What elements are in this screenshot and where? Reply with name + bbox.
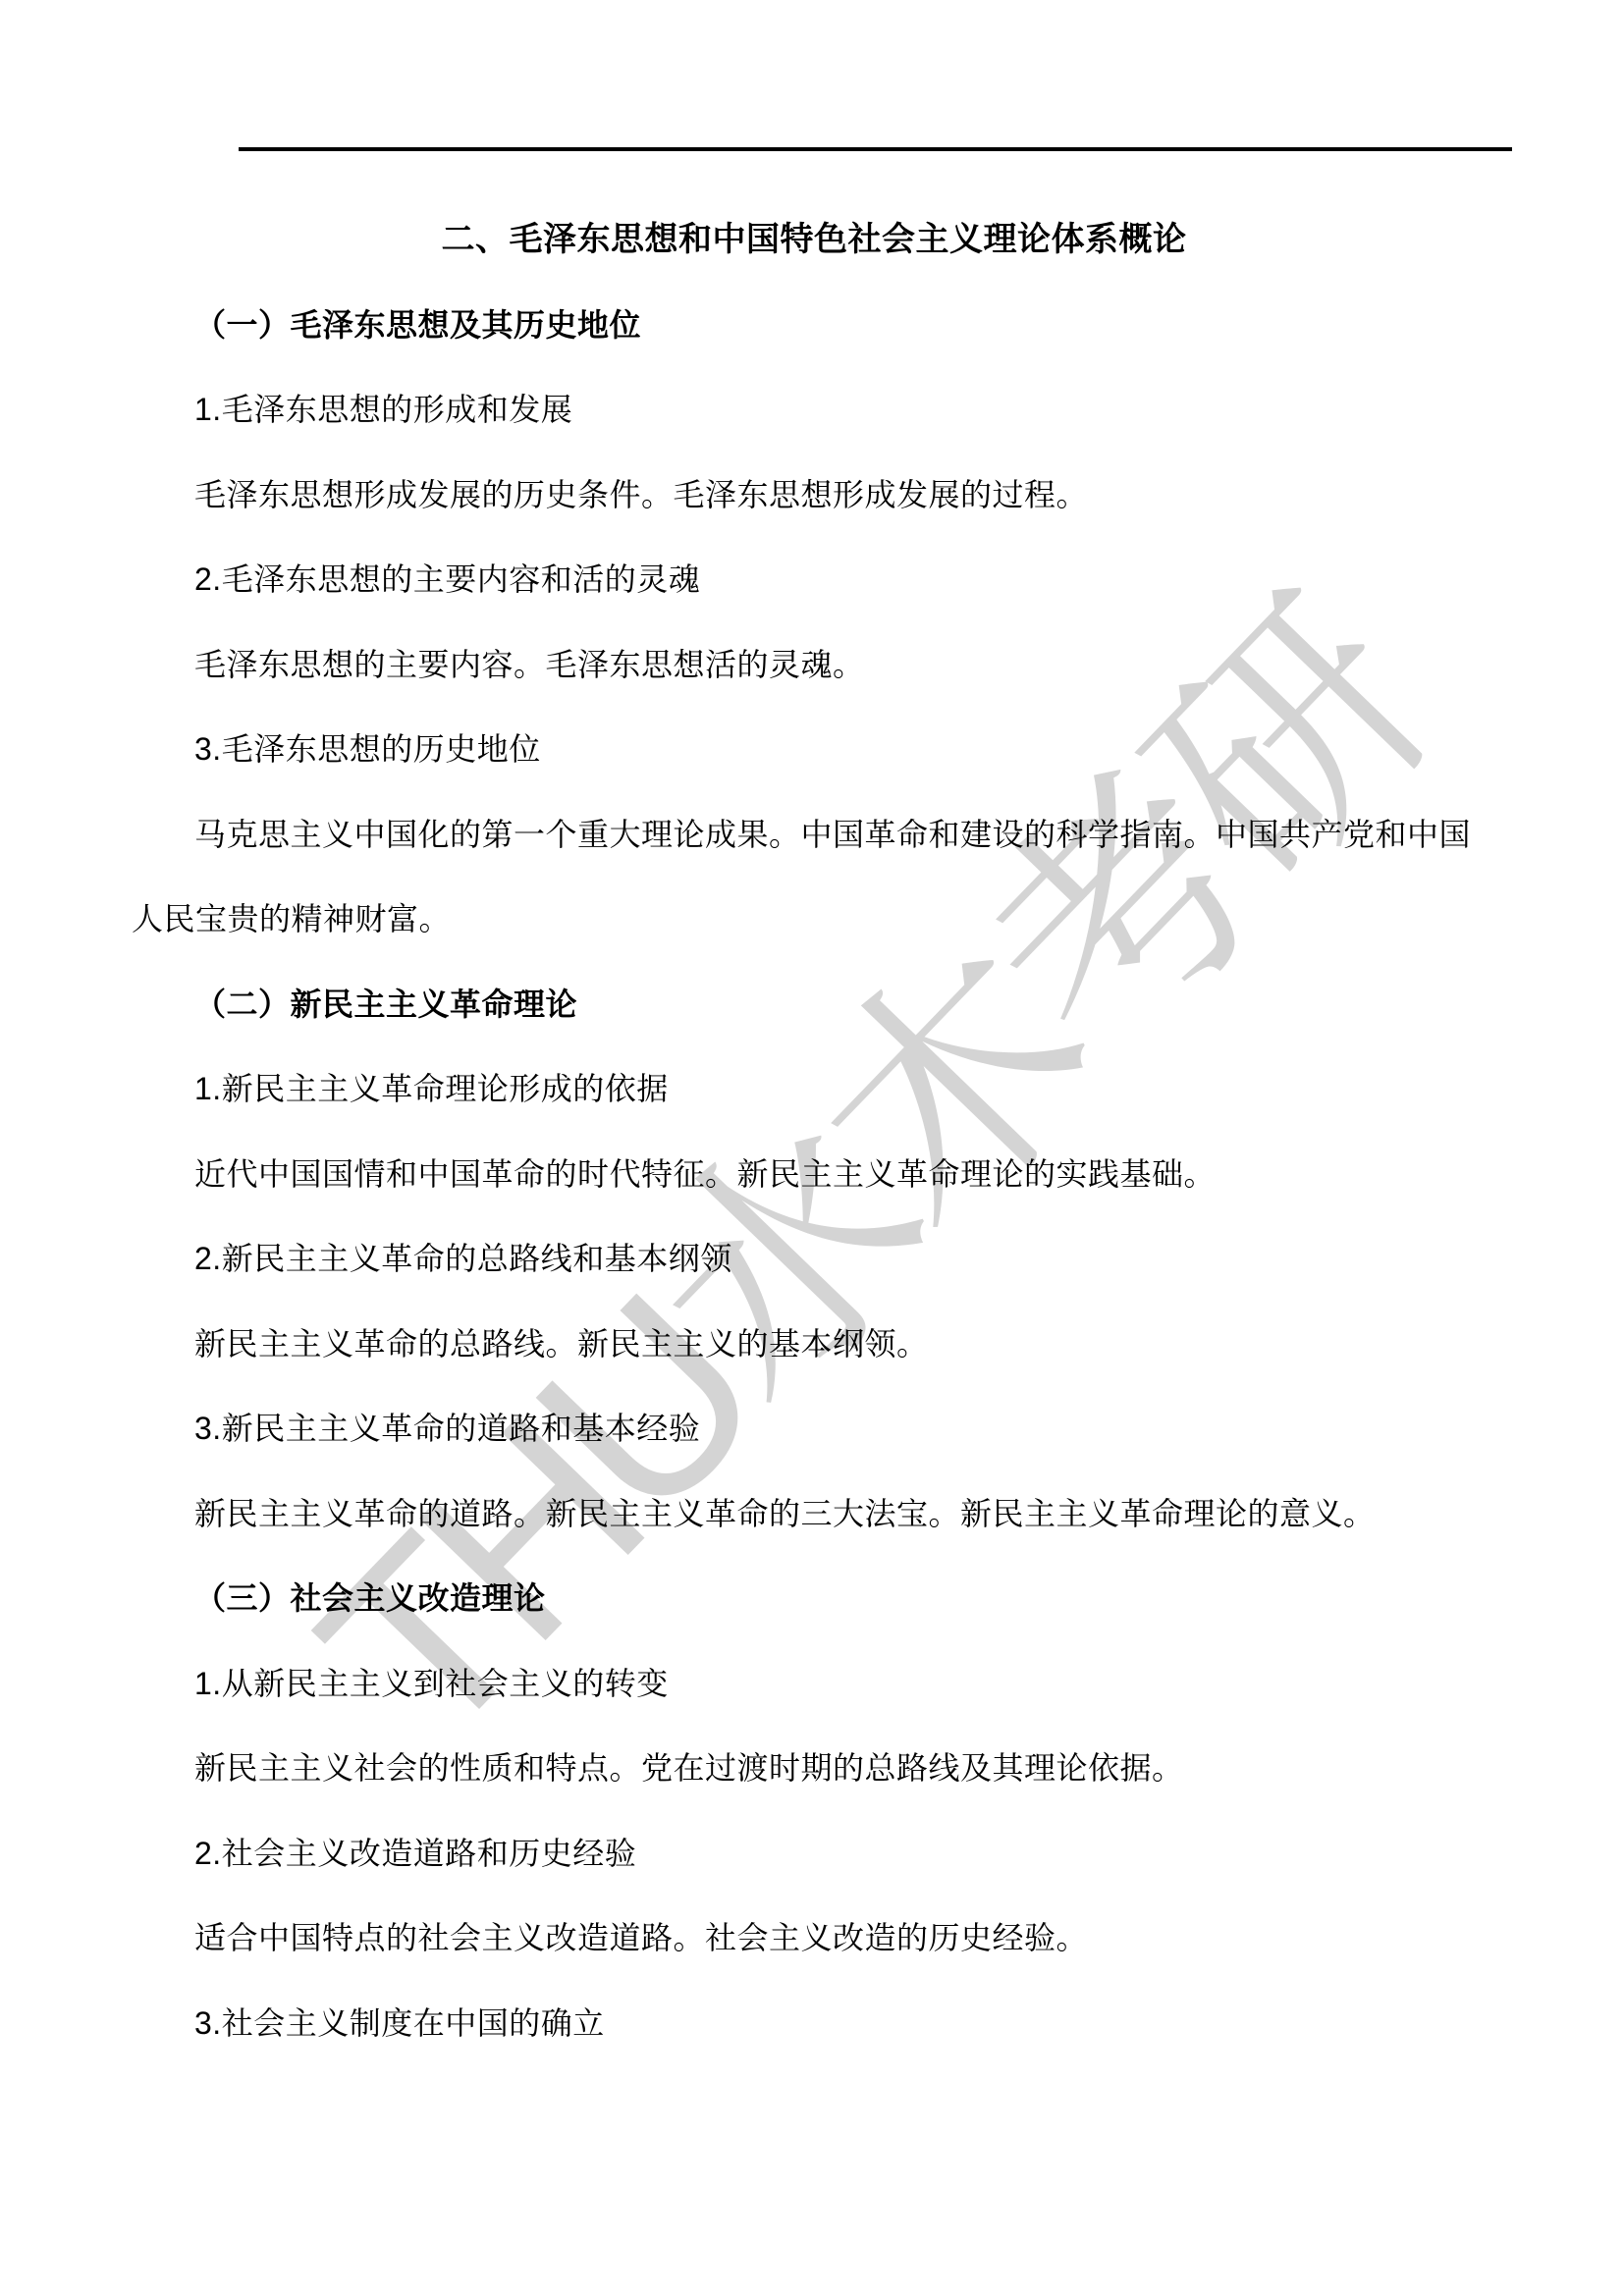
text-line: 新民主主义革命的总路线。新民主主义的基本纲领。 (132, 1302, 1496, 1387)
section-heading: （一）毛泽东思想及其历史地位 (132, 283, 1496, 368)
text-line: 近代中国国情和中国革命的时代特征。新民主主义革命理论的实践基础。 (132, 1132, 1496, 1217)
text-line: 马克思主义中国化的第一个重大理论成果。中国革命和建设的科学指南。中国共产党和中国 (132, 792, 1496, 878)
text-line: 1.新民主主义革命理论形成的依据 (132, 1046, 1496, 1132)
document-body: 二、毛泽东思想和中国特色社会主义理论体系概论 （一）毛泽东思想及其历史地位1.毛… (132, 197, 1496, 2065)
section-heading: （三）社会主义改造理论 (132, 1556, 1496, 1641)
text-line: 新民主主义社会的性质和特点。党在过渡时期的总路线及其理论依据。 (132, 1726, 1496, 1811)
text-line: 1.毛泽东思想的形成和发展 (132, 367, 1496, 453)
header-rule (239, 147, 1512, 151)
text-line: 3.毛泽东思想的历史地位 (132, 707, 1496, 792)
text-line: 1.从新民主主义到社会主义的转变 (132, 1641, 1496, 1727)
text-line: 3.新民主主义革命的道路和基本经验 (132, 1386, 1496, 1471)
text-line: 2.毛泽东思想的主要内容和活的灵魂 (132, 537, 1496, 622)
document-page: THU水木考研 二、毛泽东思想和中国特色社会主义理论体系概论 （一）毛泽东思想及… (0, 0, 1624, 2296)
text-line: 毛泽东思想的主要内容。毛泽东思想活的灵魂。 (132, 622, 1496, 708)
text-line: 2.社会主义改造道路和历史经验 (132, 1811, 1496, 1896)
page-title: 二、毛泽东思想和中国特色社会主义理论体系概论 (132, 197, 1496, 283)
text-line: 人民宝贵的精神财富。 (132, 877, 1496, 962)
text-line: 新民主主义革命的道路。新民主主义革命的三大法宝。新民主主义革命理论的意义。 (132, 1471, 1496, 1557)
text-line: 3.社会主义制度在中国的确立 (132, 1981, 1496, 2066)
text-line: 适合中国特点的社会主义改造道路。社会主义改造的历史经验。 (132, 1896, 1496, 1981)
section-heading: （二）新民主主义革命理论 (132, 962, 1496, 1047)
text-line: 毛泽东思想形成发展的历史条件。毛泽东思想形成发展的过程。 (132, 453, 1496, 538)
text-line: 2.新民主主义革命的总路线和基本纲领 (132, 1216, 1496, 1302)
